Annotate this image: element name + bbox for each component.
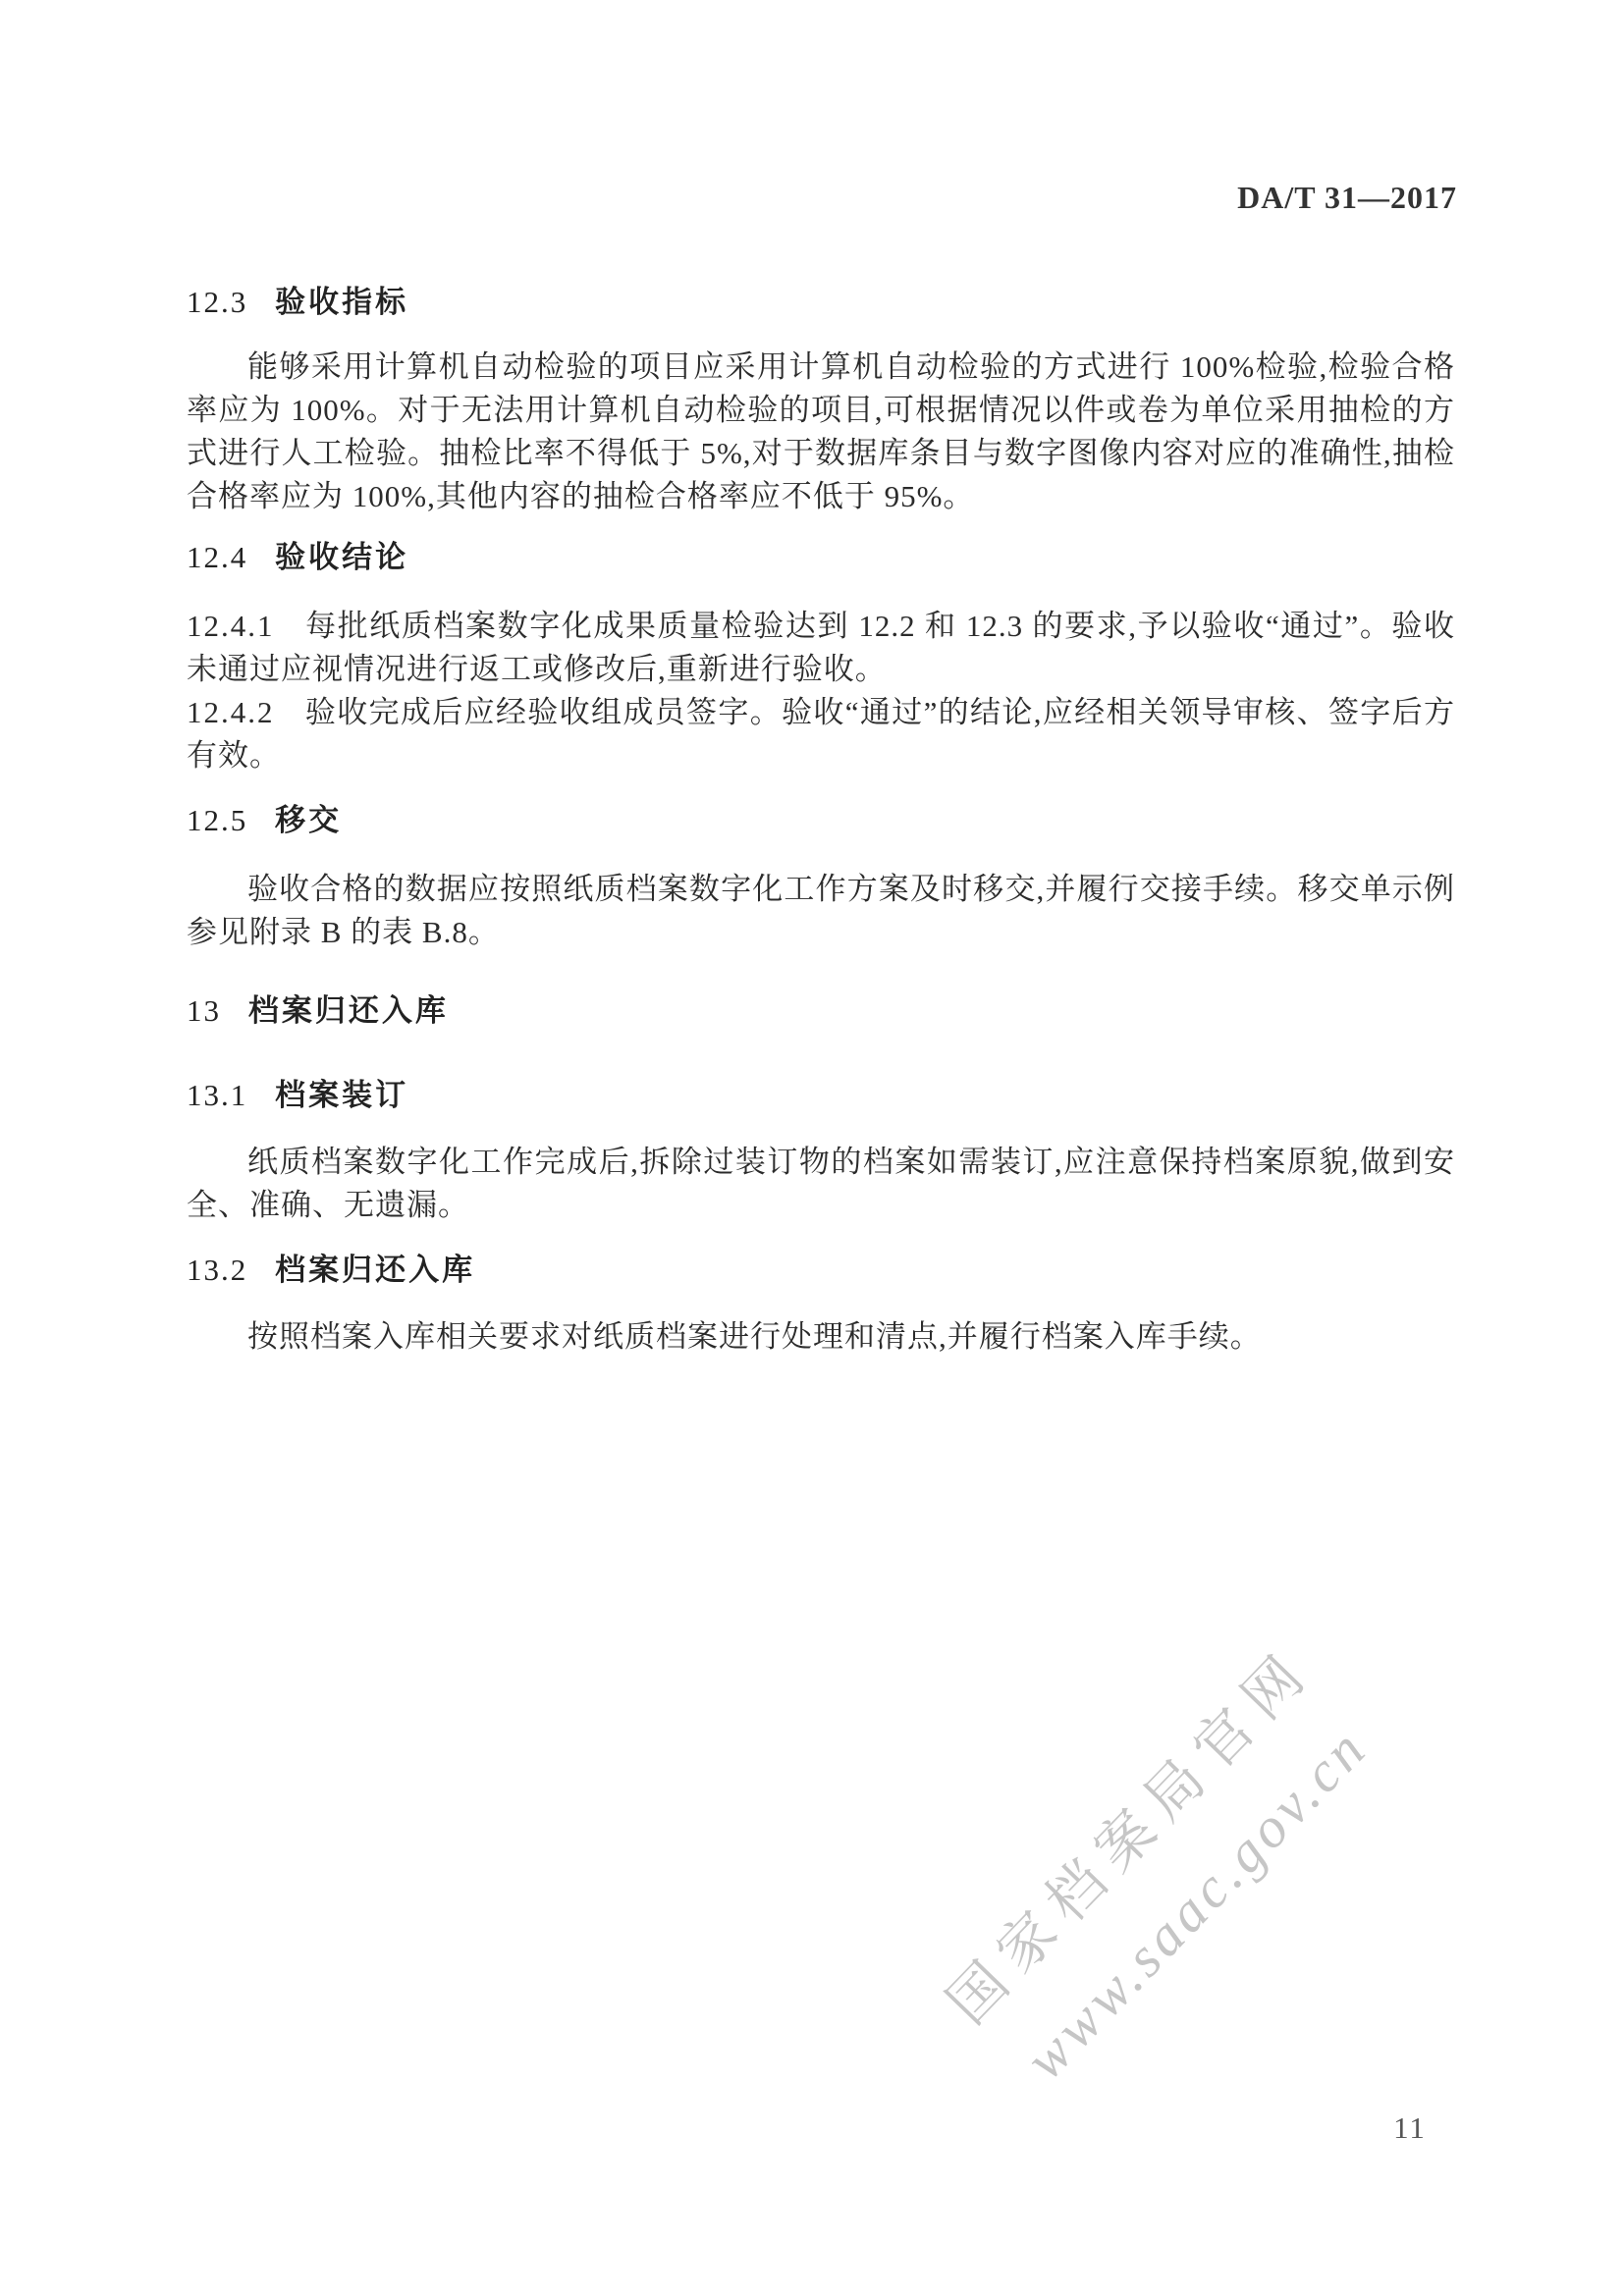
section-title: 档案归还入库 [275, 1253, 475, 1287]
clause-12-4-1: 12.4.1每批纸质档案数字化成果质量检验达到 12.2 和 12.3 的要求,… [187, 605, 1455, 691]
section-heading-12-3: 12.3验收指标 [187, 283, 1455, 322]
clause-number: 12.4.2 [187, 695, 275, 729]
paragraph-12-5: 验收合格的数据应按照纸质档案数字化工作方案及时移交,并履行交接手续。移交单示例参… [187, 868, 1455, 954]
page-number: 11 [1382, 2110, 1437, 2146]
document-page: DA/T 31—2017 12.3验收指标 能够采用计算机自动检验的项目应采用计… [0, 0, 1624, 2296]
section-title: 移交 [275, 803, 342, 837]
section-number: 13 [187, 993, 221, 1028]
paragraph-13-2: 按照档案入库相关要求对纸质档案进行处理和清点,并履行档案入库手续。 [187, 1315, 1455, 1359]
clause-12-4-2: 12.4.2验收完成后应经验收组成员签字。验收“通过”的结论,应经相关领导审核、… [187, 691, 1455, 777]
section-heading-12-5: 12.5移交 [187, 801, 1455, 840]
paragraph-13-1: 纸质档案数字化工作完成后,拆除过装订物的档案如需装订,应注意保持档案原貌,做到安… [187, 1141, 1455, 1227]
section-number: 12.3 [187, 285, 247, 319]
section-title: 档案归还入库 [248, 993, 449, 1028]
section-title: 验收指标 [275, 285, 408, 319]
section-number: 13.2 [187, 1253, 247, 1287]
section-number: 12.4 [187, 540, 247, 574]
section-number: 12.5 [187, 803, 247, 837]
section-heading-13-2: 13.2档案归还入库 [187, 1251, 1455, 1290]
section-heading-13: 13档案归还入库 [187, 991, 1455, 1031]
clause-number: 12.4.1 [187, 609, 275, 643]
watermark-chinese-text: 国家档案局官网 [925, 1586, 1366, 2039]
watermark: 国家档案局官网 www.saac.gov.cn [925, 1586, 1432, 2103]
section-title: 档案装订 [275, 1078, 408, 1112]
paragraph-12-3: 能够采用计算机自动检验的项目应采用计算机自动检验的方式进行 100%检验,检验合… [187, 346, 1455, 518]
section-number: 13.1 [187, 1078, 247, 1112]
section-title: 验收结论 [275, 540, 408, 574]
watermark-url-text: www.saac.gov.cn [1012, 1661, 1432, 2092]
content-column: 12.3验收指标 能够采用计算机自动检验的项目应采用计算机自动检验的方式进行 1… [187, 0, 1455, 1359]
clause-text: 验收完成后应经验收组成员签字。验收“通过”的结论,应经相关领导审核、签字后方有效… [187, 695, 1455, 773]
clause-text: 每批纸质档案数字化成果质量检验达到 12.2 和 12.3 的要求,予以验收“通… [187, 609, 1455, 686]
section-heading-12-4: 12.4验收结论 [187, 538, 1455, 577]
section-heading-13-1: 13.1档案装订 [187, 1076, 1455, 1115]
